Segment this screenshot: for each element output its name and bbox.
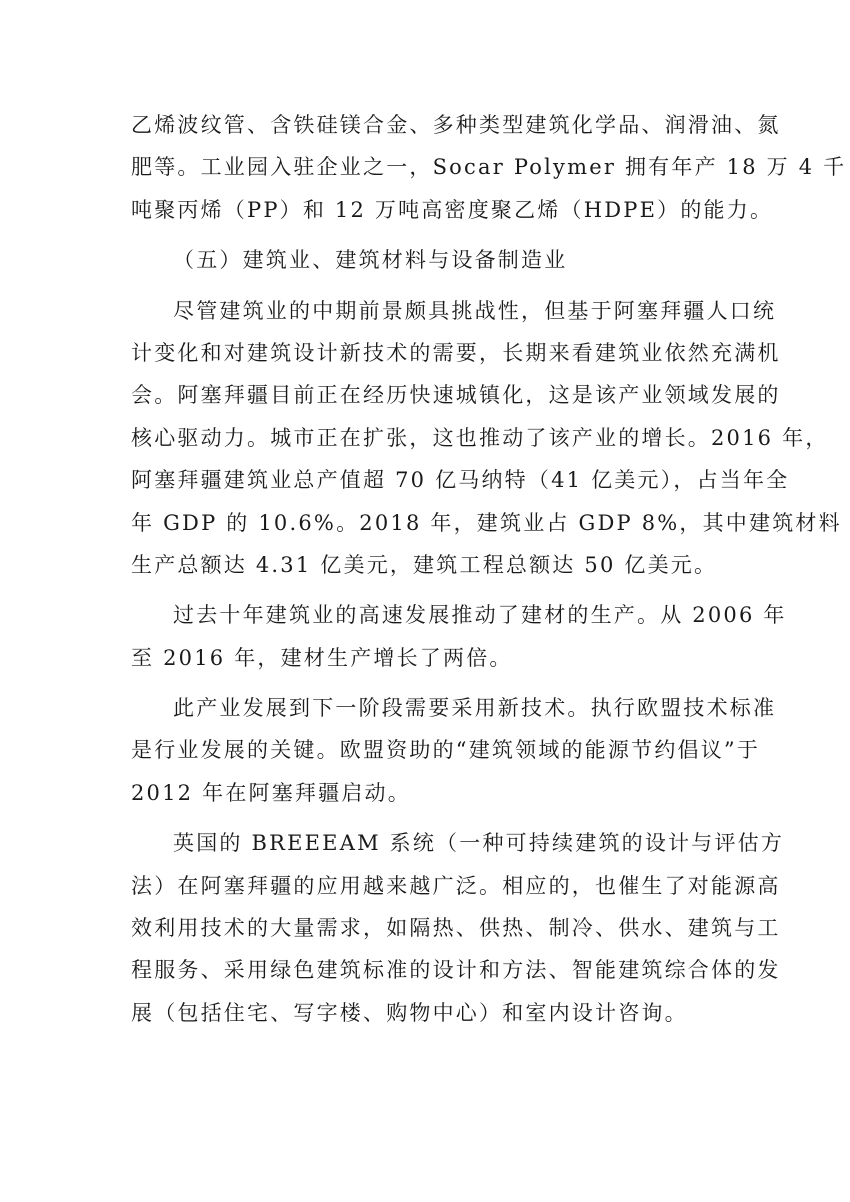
text-line: 效利用技术的大量需求，如隔热、供热、制冷、供水、建筑与工 xyxy=(131,907,719,949)
paragraph-materials-growth: 过去十年建筑业的高速发展推动了建材的生产。从 2006 年 至 2016 年，建… xyxy=(131,594,719,679)
section-heading: （五）建筑业、建筑材料与设备制造业 xyxy=(131,239,719,281)
text-line: 英国的 BREEEAM 系统（一种可持续建筑的设计与评估方 xyxy=(131,822,719,864)
text-line: 过去十年建筑业的高速发展推动了建材的生产。从 2006 年 xyxy=(131,594,719,636)
paragraph-petrochemical-continuation: 乙烯波纹管、含铁硅镁合金、多种类型建筑化学品、润滑油、氮 肥等。工业园入驻企业之… xyxy=(131,104,719,231)
paragraph-construction-outlook: 尽管建筑业的中期前景颇具挑战性，但基于阿塞拜疆人口统 计变化和对建筑设计新技术的… xyxy=(131,290,719,587)
text-line: 程服务、采用绿色建筑标准的设计和方法、智能建筑综合体的发 xyxy=(131,949,719,991)
text-line: 会。阿塞拜疆目前正在经历快速城镇化，这是该产业领域发展的 xyxy=(131,374,719,416)
document-page: 乙烯波纹管、含铁硅镁合金、多种类型建筑化学品、润滑油、氮 肥等。工业园入驻企业之… xyxy=(0,0,850,1202)
text-line: 年 GDP 的 10.6%。2018 年，建筑业占 GDP 8%，其中建筑材料 xyxy=(131,502,719,544)
text-line: 至 2016 年，建材生产增长了两倍。 xyxy=(131,637,719,679)
text-line: 展（包括住宅、写字楼、购物中心）和室内设计咨询。 xyxy=(131,992,719,1034)
document-body: 乙烯波纹管、含铁硅镁合金、多种类型建筑化学品、润滑油、氮 肥等。工业园入驻企业之… xyxy=(131,104,719,1034)
text-line: 核心驱动力。城市正在扩张，这也推动了该产业的增长。2016 年， xyxy=(131,417,719,459)
text-line: 法）在阿塞拜疆的应用越来越广泛。相应的，也催生了对能源高 xyxy=(131,865,719,907)
text-line: 阿塞拜疆建筑业总产值超 70 亿马纳特（41 亿美元），占当年全 xyxy=(131,459,719,501)
text-line: 尽管建筑业的中期前景颇具挑战性，但基于阿塞拜疆人口统 xyxy=(131,290,719,332)
text-line: 此产业发展到下一阶段需要采用新技术。执行欧盟技术标准 xyxy=(131,687,719,729)
text-line: 2012 年在阿塞拜疆启动。 xyxy=(131,772,719,814)
paragraph-breeeam: 英国的 BREEEAM 系统（一种可持续建筑的设计与评估方 法）在阿塞拜疆的应用… xyxy=(131,822,719,1034)
text-line: 肥等。工业园入驻企业之一，Socar Polymer 拥有年产 18 万 4 千 xyxy=(131,146,719,188)
text-line: 乙烯波纹管、含铁硅镁合金、多种类型建筑化学品、润滑油、氮 xyxy=(131,104,719,146)
text-line: 是行业发展的关键。欧盟资助的“建筑领域的能源节约倡议”于 xyxy=(131,729,719,771)
paragraph-eu-standards: 此产业发展到下一阶段需要采用新技术。执行欧盟技术标准 是行业发展的关键。欧盟资助… xyxy=(131,687,719,814)
text-line: 吨聚丙烯（PP）和 12 万吨高密度聚乙烯（HDPE）的能力。 xyxy=(131,189,719,231)
text-line: 计变化和对建筑设计新技术的需要，长期来看建筑业依然充满机 xyxy=(131,332,719,374)
text-line: 生产总额达 4.31 亿美元，建筑工程总额达 50 亿美元。 xyxy=(131,544,719,586)
